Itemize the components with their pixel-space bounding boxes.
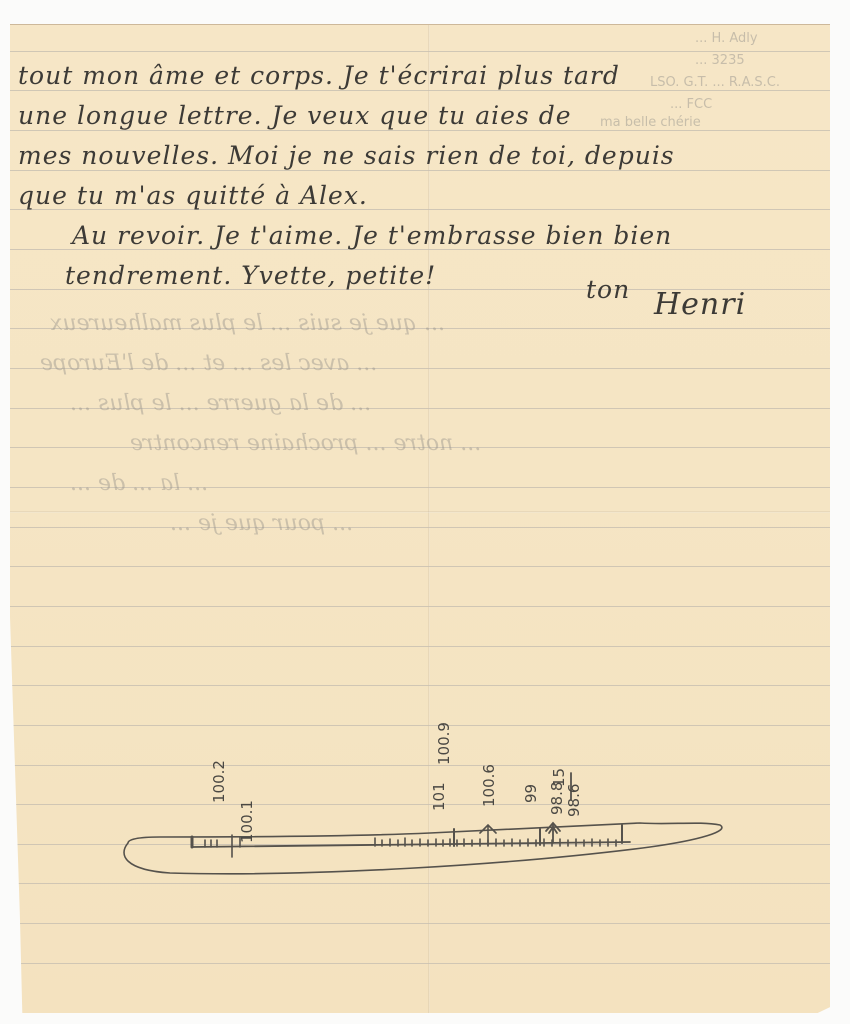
diagram-label: 15 xyxy=(550,768,568,787)
diagram-label: 100.6 xyxy=(480,764,498,807)
ruler-diagram xyxy=(10,25,830,1013)
diagram-label: 99 xyxy=(522,784,540,803)
diagram-label: 100.9 xyxy=(435,722,453,765)
letter-paper: ... H. Adly ... 3235 LSO. G.T. ... R.A.S… xyxy=(10,24,830,1013)
diagram-label: 100.2 xyxy=(210,760,228,803)
diagram-label: 101 xyxy=(430,782,448,811)
diagram-label: 100.1 xyxy=(238,800,256,843)
diagram-label: 98.6 xyxy=(565,784,583,817)
